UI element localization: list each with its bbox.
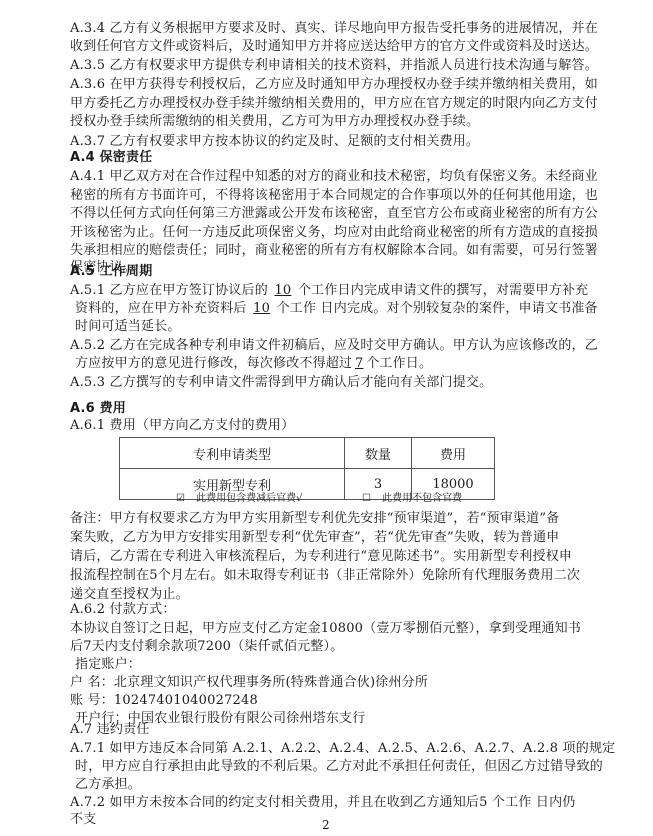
checkbox-fee-excluded[interactable]: ☐ 此费用不包含官费 — [362, 492, 462, 506]
clause-a62-line2: 后7天内支付剩余款项7200（柒仟贰佰元整）。 — [70, 638, 590, 656]
header-fee: 费用 — [412, 438, 495, 469]
clause-a72-line1: A.7.2 如甲方未按本合同的约定支付相关费用，并且在收到乙方通知后5 个工作 … — [70, 794, 590, 812]
clause-a62-line1: 本协议自签订之日起，甲方应支付乙方定金10800（壹万零捌佰元整），拿到受理通知… — [70, 620, 590, 638]
account-name: 户 名：北京理文知识产权代理事务所(特殊普通合伙)徐州分所 — [70, 674, 590, 692]
clause-a52-text-b: 个工作日。 — [366, 356, 432, 371]
clause-a72-line2: 不支 — [70, 811, 590, 829]
clause-a52-line2: 方应按甲方的意见进行修改，每次修改不得超过7个工作日。 — [75, 355, 595, 373]
section-a7-title: A.7 违约责任 — [70, 721, 590, 739]
clause-a51-line3: 时间可适当延长。 — [75, 318, 595, 336]
clause-a41-line1: A.4.1 甲乙双方对在合作过程中知悉的对方的商业和技术秘密，均负有保密义务。未… — [70, 168, 590, 186]
clause-a71-line1: A.7.1 如甲方违反本合同第 A.2.1、A.2.2、A.2.4、A.2.5、… — [70, 740, 590, 758]
clause-a52-line1: A.5.2 乙方在完成各种专利申请文件初稿后，应及时交甲方确认。甲方认为应该修改… — [70, 337, 590, 355]
clause-a36-line2: 甲方委托乙方办理授权办登手续并缴纳相关费用的，甲方应在官方规定的时限内向乙方支付 — [70, 95, 590, 113]
section-a5-title: A.5 工作周期 — [70, 263, 590, 281]
clause-a41-line2: 秘密的所有方书面许可，不得将该秘密用于本合同规定的合作事项以外的任何其他用途，也 — [70, 187, 590, 205]
days-value-1: 10 — [268, 282, 298, 300]
checked-box-icon: ☑ — [176, 493, 185, 504]
days-value-3: 7 — [352, 355, 366, 373]
clause-a51-text-a: A.5.1 乙方应在甲方签订协议后的 — [70, 283, 268, 298]
clause-a35: A.3.5 乙方有权要求甲方提供专利申请相关的技术资料，并指派人员进行技术沟通与… — [70, 57, 590, 75]
note-line3: 请后，乙方需在专利进入审核流程后，为专利进行“意见陈述书”。实用新型专利授权申 — [70, 548, 590, 566]
account-label: 指定账户： — [75, 656, 595, 674]
clause-a71-line3: 乙方承担。 — [75, 776, 595, 794]
note-line1: 备注：甲方有权要求乙方为甲方实用新型专利优先安排“预审渠道”，若“预审渠道”备 — [70, 510, 590, 528]
clause-a36-line3: 授权办登手续所需缴纳的相关费用，乙方可为甲方办理授权办登手续。 — [70, 113, 590, 131]
page-number: 2 — [322, 818, 330, 832]
checkbox-fee-included[interactable]: ☑ 此费用包含费减后官费√ — [176, 492, 303, 506]
header-quantity: 数量 — [345, 438, 412, 469]
fee-table-header-row: 专利申请类型 数量 费用 — [120, 438, 495, 469]
account-number: 账 号：10247401040027248 — [70, 692, 590, 710]
days-value-2: 10 — [247, 300, 277, 318]
clause-a51-text-b: 个工作日内完成申请文件的撰写，对需要甲方补充 — [298, 283, 588, 298]
fee-table: 专利申请类型 数量 费用 实用新型专利 3 18000 — [119, 437, 495, 500]
clause-a53: A.5.3 乙方撰写的专利申请文件需得到甲方确认后才能向有关部门提交。 — [70, 374, 590, 392]
header-patent-type: 专利申请类型 — [120, 438, 345, 469]
empty-box-icon: ☐ — [362, 493, 371, 504]
clause-a36-line1: A.3.6 在甲方获得专利授权后，乙方应及时通知甲方办理授权办登手续并缴纳相关费… — [70, 76, 590, 94]
clause-a41-line5: 失承担相应的赔偿责任；同时，商业秘密的所有方有权解除本合同。如有需要，可另行签署 — [70, 242, 590, 260]
document-page: A.3.4 乙方有义务根据甲方要求及时、真实、详尽地向甲方报告受托事务的进展情况… — [0, 0, 653, 836]
clause-a41-line4: 开该秘密为止。任何一方违反此项保密义务，均应对由此给商业秘密的所有方造成的直接损 — [70, 224, 590, 242]
clause-a51-text-d: 个工作 日内完成。对个别较复杂的案件，申请文书准备 — [277, 301, 598, 316]
clause-a51-line1: A.5.1 乙方应在甲方签订协议后的10个工作日内完成申请文件的撰写，对需要甲方… — [70, 282, 590, 300]
note-line2: 案失败，乙方为甲方安排实用新型专利“优先审查”，若“优先审查”失败，转为普通申 — [70, 529, 590, 547]
section-a4-title: A.4 保密责任 — [70, 149, 590, 167]
clause-a61-title: A.6.1 费用（甲方向乙方支付的费用） — [70, 417, 590, 435]
note-line4: 报流程控制在5个月左右。如未取得专利证书（非正常除外）免除所有代理服务费用二次 — [70, 567, 590, 585]
checkbox-fee-included-label: 此费用包含费减后官费√ — [196, 493, 302, 504]
checkbox-fee-excluded-label: 此费用不包含官费 — [382, 493, 462, 504]
clause-a34-line2: 收到任何官方文件或资料后，及时通知甲方并将应送达给甲方的官方文件或资料及时送达。 — [70, 38, 590, 56]
clause-a51-line2: 资料的，应在甲方补充资料后10个工作 日内完成。对个别较复杂的案件，申请文书准备 — [75, 300, 595, 318]
clause-a52-text-a: 方应按甲方的意见进行修改，每次修改不得超过 — [75, 356, 352, 371]
clause-a62-title: A.6.2 付款方式： — [70, 601, 590, 619]
clause-a34-line1: A.3.4 乙方有义务根据甲方要求及时、真实、详尽地向甲方报告受托事务的进展情况… — [70, 20, 590, 38]
clause-a51-text-c: 资料的，应在甲方补充资料后 — [75, 301, 247, 316]
clause-a71-line2: 时，甲方应自行承担由此导致的不利后果。乙方对此不承担任何责任，但因乙方过错导致的 — [75, 758, 595, 776]
clause-a41-line3: 不得以任何方式向任何第三方泄露或公开发布该秘密，直至官方公布或商业秘密的所有方公 — [70, 205, 590, 223]
section-a6-title: A.6 费用 — [70, 400, 590, 418]
